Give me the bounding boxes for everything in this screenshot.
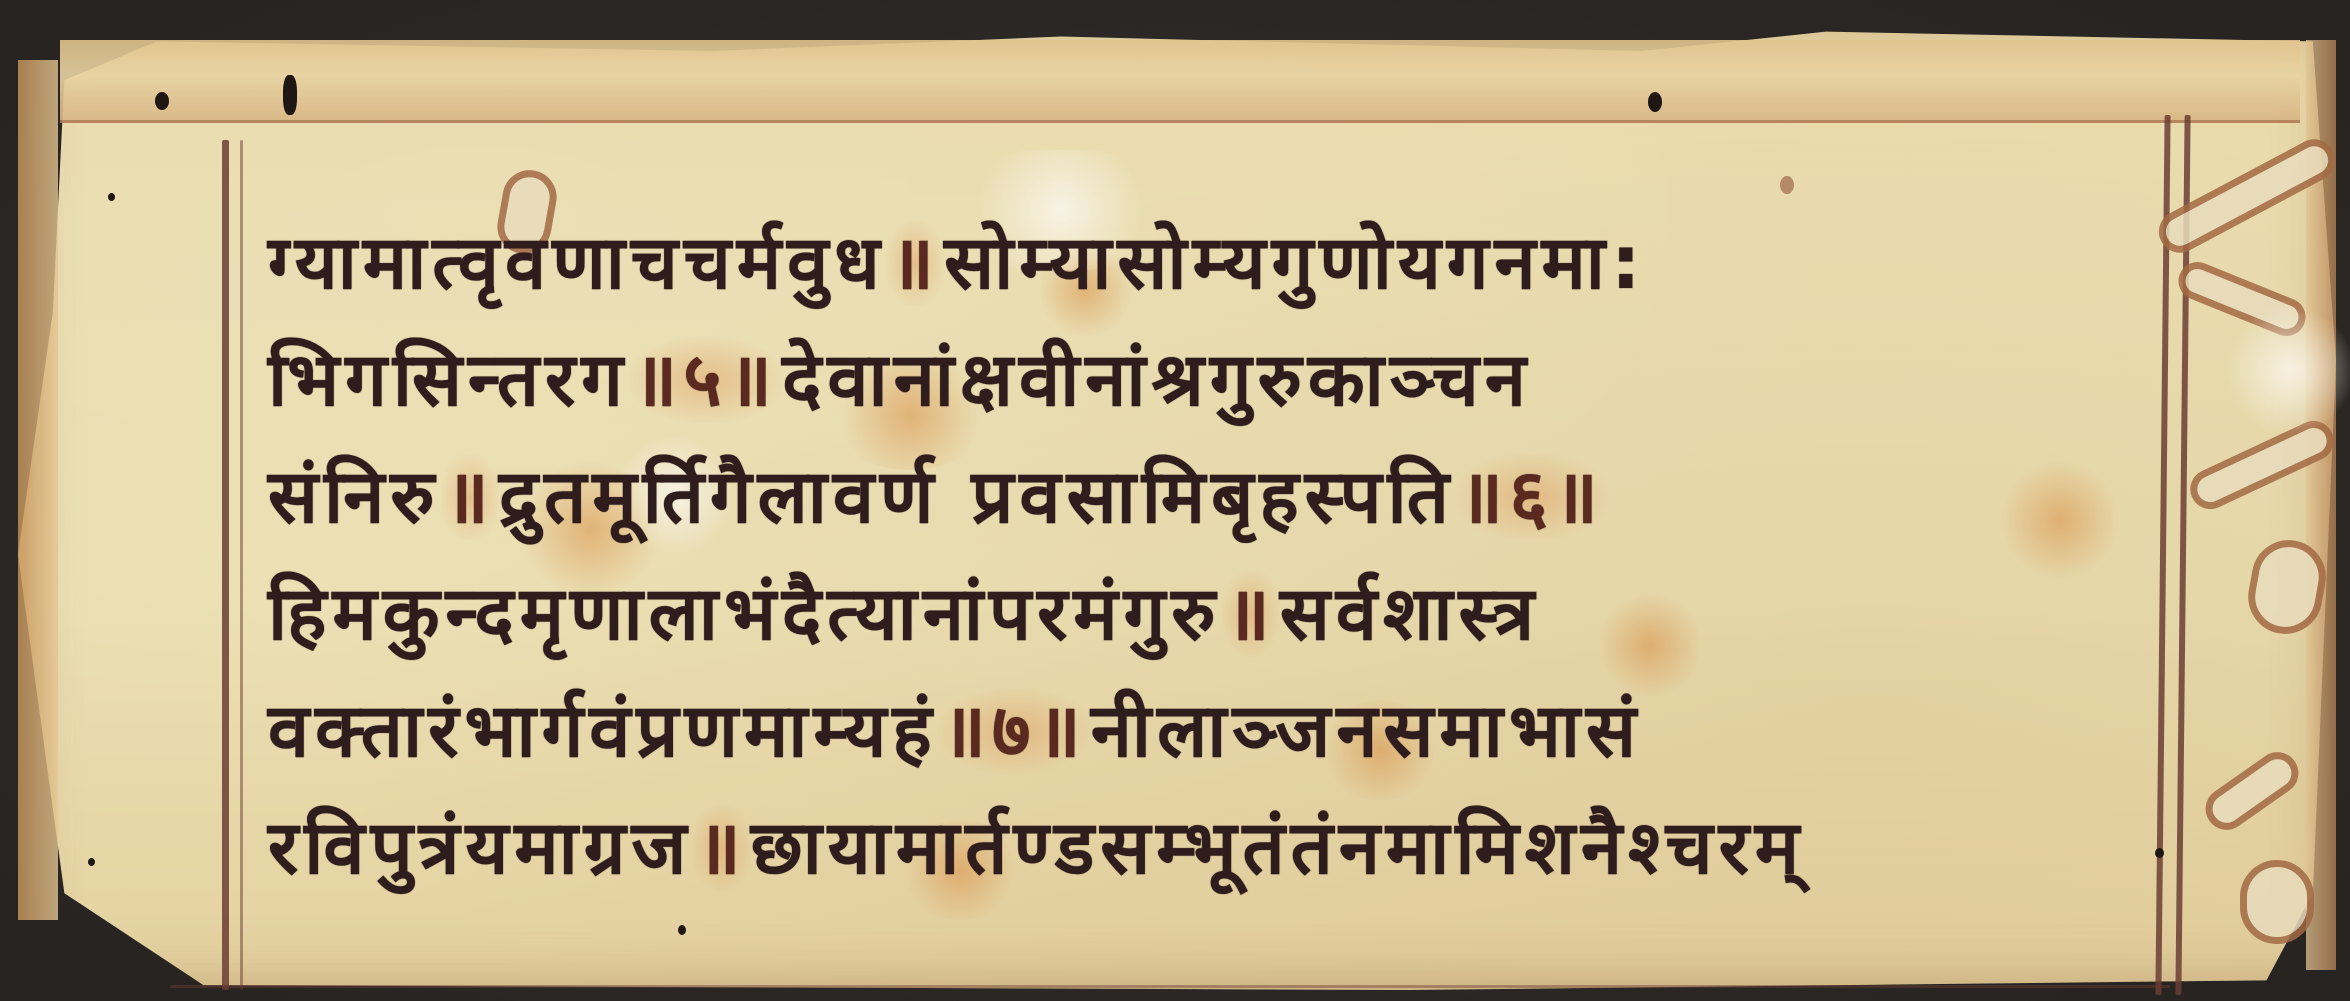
text-line-2: भिगसिन्तरग॥५॥देवानांक्षवीनांश्रगुरुकाञ्च… [268,322,2148,439]
worm-hole [678,925,686,935]
verse-number: ॥५॥ [629,337,782,423]
line-segment: देवानांक्षवीनांश्रगुरुकाञ्चन [782,337,1532,423]
line-segment: वक्तारंभार्गवंप्रणमाम्यहं [268,688,938,774]
worm-hole [2155,848,2164,858]
worm-hole [1648,92,1662,112]
line-segment: ग्यामात्वृवणाचचर्मवुध [268,220,886,306]
verse-number: ॥६॥ [1455,454,1608,540]
danda-mark: ॥ [886,220,944,306]
text-line-3: संनिरु॥द्रुतमूर्तिगैलावर्ण प्रवसामिबृहस्… [268,439,2148,556]
paper-abrasion [2230,300,2350,440]
danda-mark: ॥ [692,805,750,891]
text-line-4: हिमकुन्दमृणालाभंदैत्यानांपरमंगुरु॥सर्वशा… [268,556,2148,673]
bottom-rule [170,985,2170,988]
verse-number: ॥७॥ [938,688,1091,774]
line-segment: सर्वशास्त्र [1280,571,1540,657]
left-margin-rule [222,140,229,990]
worm-track [2240,860,2314,944]
danda-mark: ॥ [441,454,499,540]
line-segment: नीलाञ्जनसमाभासं [1091,688,1642,774]
worm-hole [88,858,95,866]
danda-mark: ॥ [1222,571,1280,657]
worm-hole [283,75,297,115]
line-segment: द्रुतमूर्तिगैलावर्ण प्रवसामिबृहस्पति [499,454,1455,540]
worm-hole [108,193,115,201]
worm-hole [155,92,169,110]
manuscript-photo: ग्यामात्वृवणाचचर्मवुध॥सोम्यासोम्यगुणोयगन… [0,0,2350,1001]
folio-left-edge [18,60,58,920]
line-segment: रविपुत्रंयमाग्रज [268,805,692,891]
text-line-6: रविपुत्रंयमाग्रज॥छायामार्तण्डसम्भूतंतंनम… [268,790,2148,907]
manuscript-text: ग्यामात्वृवणाचचर्मवुध॥सोम्यासोम्यगुणोयगन… [268,205,2148,907]
line-segment: हिमकुन्दमृणालाभंदैत्यानांपरमंगुरु [268,571,1222,657]
line-segment: छायामार्तण्डसम्भूतंतंनमामिशनैश्चरम् [751,805,1805,891]
text-line-5: वक्तारंभार्गवंप्रणमाम्यहं॥७॥नीलाञ्जनसमाभ… [268,673,2148,790]
line-segment: संनिरु [268,454,441,540]
text-line-1: ग्यामात्वृवणाचचर्मवुध॥सोम्यासोम्यगुणोयगन… [268,205,2148,322]
line-segment: सोम्यासोम्यगुणोयगनमा: [944,220,1646,306]
left-margin-rule-faint [240,140,243,990]
folio-top-edge [60,40,2300,123]
line-segment: भिगसिन्तरग [268,337,629,423]
worm-hole [1780,176,1794,194]
